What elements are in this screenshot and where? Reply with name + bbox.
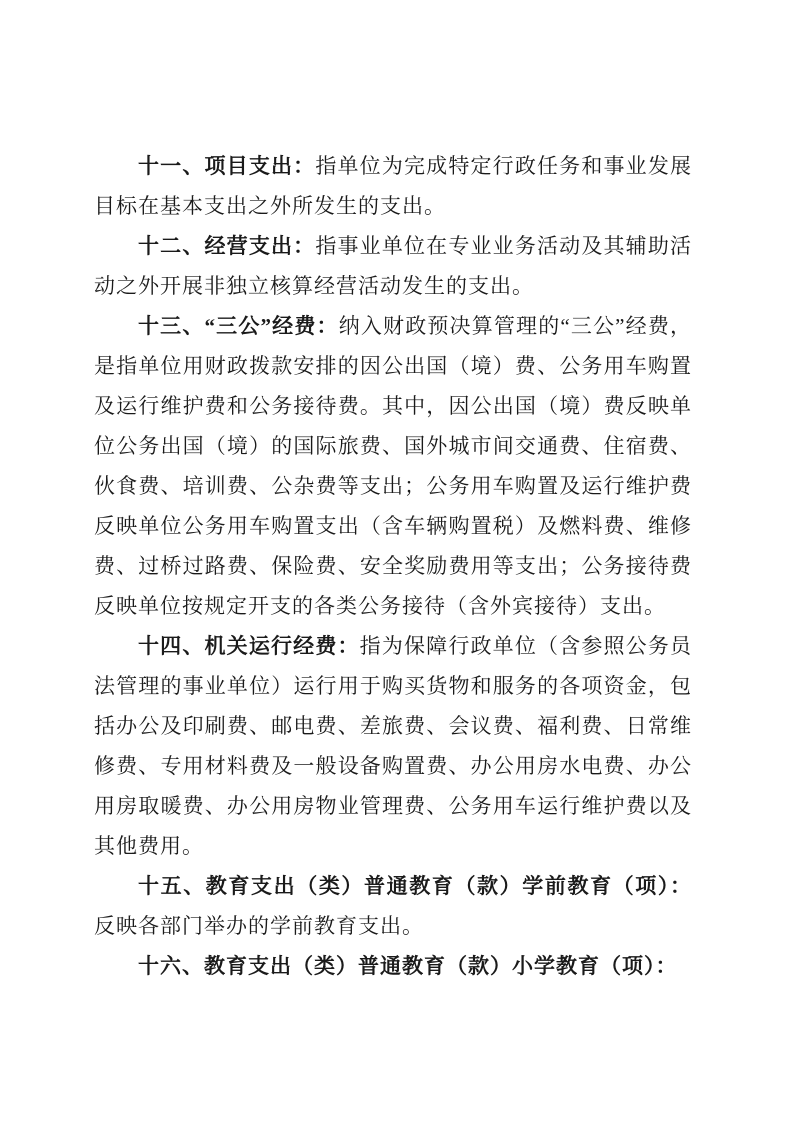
- paragraph-16-lead: 十六、教育支出（类）普通教育（款）小学教育（项）：: [138, 954, 678, 978]
- paragraph-item-12: 十二、经营支出：指事业单位在专业业务活动及其辅助活动之外开展非独立核算经营活动发…: [94, 226, 692, 306]
- paragraph-15-body: 反映各部门举办的学前教育支出。: [94, 914, 424, 938]
- paragraph-15-lead: 十五、教育支出（类）普通教育（款）学前教育（项）：: [138, 874, 692, 898]
- paragraph-item-15: 十五、教育支出（类）普通教育（款）学前教育（项）：反映各部门举办的学前教育支出。: [94, 866, 692, 946]
- document-content: 十一、项目支出：指单位为完成特定行政任务和事业发展目标在基本支出之外所发生的支出…: [94, 146, 692, 986]
- paragraph-14-lead: 十四、机关运行经费：: [138, 634, 360, 658]
- paragraph-11-lead: 十一、项目支出：: [138, 154, 315, 178]
- paragraph-14-body: 指为保障行政单位（含参照公务员法管理的事业单位）运行用于购买货物和服务的各项资金…: [94, 634, 692, 858]
- paragraph-13-lead: 十三、“三公”经费：: [138, 314, 339, 338]
- paragraph-13-body: 纳入财政预决算管理的“三公”经费，是指单位用财政拨款安排的因公出国（境）费、公务…: [94, 314, 692, 618]
- paragraph-12-lead: 十二、经营支出：: [138, 234, 315, 258]
- paragraph-item-16: 十六、教育支出（类）普通教育（款）小学教育（项）：: [94, 946, 692, 986]
- paragraph-item-13: 十三、“三公”经费：纳入财政预决算管理的“三公”经费，是指单位用财政拨款安排的因…: [94, 306, 692, 626]
- document-page: 十一、项目支出：指单位为完成特定行政任务和事业发展目标在基本支出之外所发生的支出…: [0, 0, 793, 1122]
- paragraph-item-14: 十四、机关运行经费：指为保障行政单位（含参照公务员法管理的事业单位）运行用于购买…: [94, 626, 692, 866]
- paragraph-item-11: 十一、项目支出：指单位为完成特定行政任务和事业发展目标在基本支出之外所发生的支出…: [94, 146, 692, 226]
